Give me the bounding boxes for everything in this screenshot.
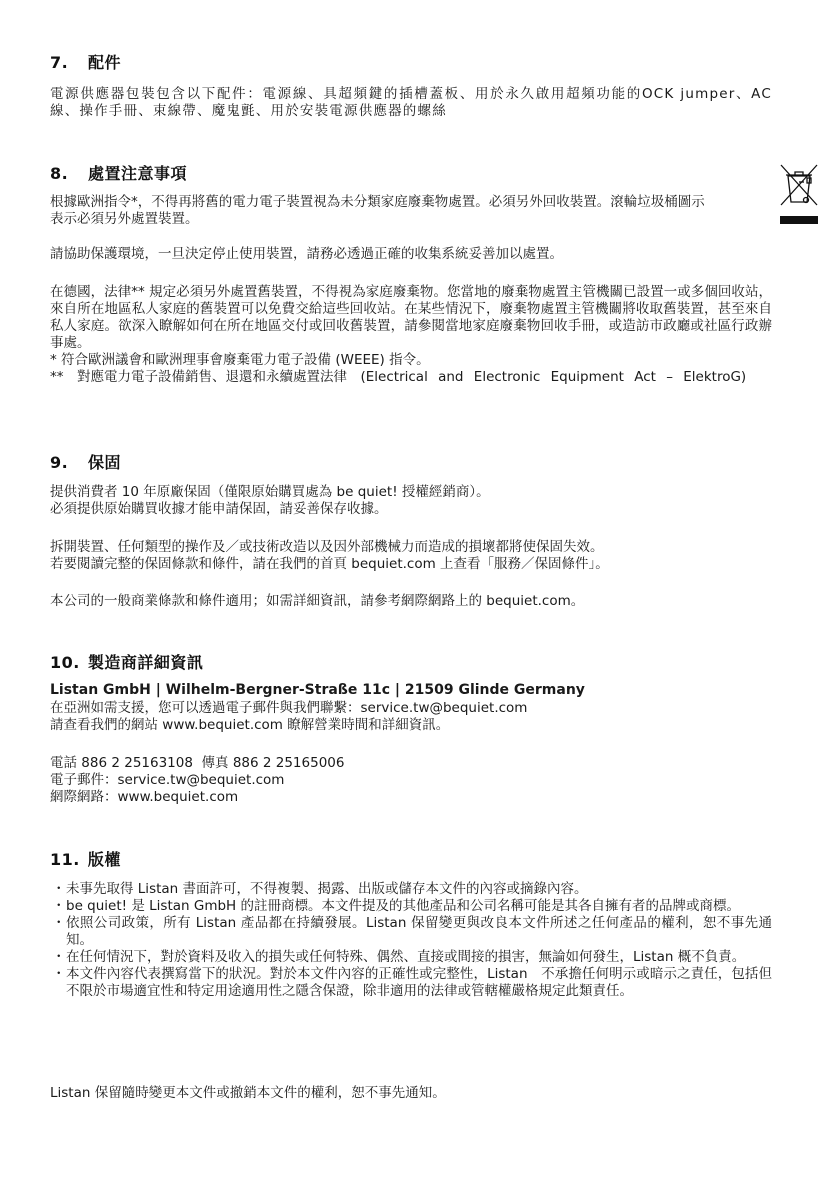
bullet-icon: ・	[52, 915, 66, 932]
warranty-para-1-line-1: 提供消費者 10 年原廠保固（僅限原始購買處為 be quiet! 授權經銷商）…	[50, 484, 772, 501]
bullet-icon: ・	[52, 949, 66, 966]
section-heading-manufacturer: 10.製造商詳細資訊	[50, 650, 203, 673]
section-heading-disposal: 8.處置注意事項	[50, 161, 187, 184]
section-number: 7.	[50, 53, 88, 72]
weee-crossed-bin-icon	[778, 162, 820, 226]
section-title: 處置注意事項	[88, 164, 187, 183]
section-title: 配件	[88, 53, 121, 72]
disposal-para-3: 在德國，法律** 規定必須另外處置舊裝置，不得視為家庭廢棄物。您當地的廢棄物處置…	[50, 284, 772, 352]
manufacturer-phone-fax: 電話 886 2 25163108 傳真 886 2 25165006	[50, 755, 772, 772]
copyright-item-text: 本文件內容代表撰寫當下的狀況。對於本文件內容的正確性或完整性，Listan 不承…	[66, 966, 772, 999]
warranty-para-1-line-2: 必須提供原始購買收據才能申請保固，請妥善保存收據。	[50, 501, 772, 518]
copyright-item: ・be quiet! 是 Listan GmbH 的註冊商標。本文件提及的其他產…	[50, 898, 772, 915]
manufacturer-address: Listan GmbH | Wilhelm-Bergner-Straße 11c…	[50, 682, 772, 699]
warranty-para-3: 本公司的一般商業條款和條件適用；如需詳細資訊，請參考網際網路上的 bequiet…	[50, 593, 772, 610]
copyright-item-text: 在任何情況下，對於資料及收入的損失或任何特殊、偶然、直接或間接的損害，無論如何發…	[66, 949, 745, 965]
section-number: 10.	[50, 653, 80, 672]
section-number: 11.	[50, 850, 80, 869]
copyright-list: ・未事先取得 Listan 書面許可，不得複製、揭露、出版或儲存本文件的內容或摘…	[50, 881, 772, 1000]
copyright-item: ・未事先取得 Listan 書面許可，不得複製、揭露、出版或儲存本文件的內容或摘…	[50, 881, 772, 898]
copyright-item-text: be quiet! 是 Listan GmbH 的註冊商標。本文件提及的其他產品…	[66, 898, 740, 914]
warranty-para-2-line-2: 若要閱讀完整的保固條款和條件，請在我們的首頁 bequiet.com 上查看「服…	[50, 556, 772, 573]
copyright-item-text: 未事先取得 Listan 書面許可，不得複製、揭露、出版或儲存本文件的內容或摘錄…	[66, 881, 588, 897]
copyright-item: ・本文件內容代表撰寫當下的狀況。對於本文件內容的正確性或完整性，Listan 不…	[50, 966, 772, 1000]
copyright-closing: Listan 保留隨時變更本文件或撤銷本文件的權利，恕不事先通知。	[50, 1085, 772, 1102]
copyright-item-text: 依照公司政策，所有 Listan 產品都在持續發展。Listan 保留變更與改良…	[66, 915, 772, 948]
disposal-para-2: 請協助保護環境，一旦決定停止使用裝置，請務必透過正確的收集系統妥善加以處置。	[50, 246, 772, 263]
accessories-body: 電源供應器包裝包含以下配件：電源線、具超頻鍵的插槽蓋板、用於永久啟用超頻功能的O…	[50, 86, 772, 120]
manufacturer-support-line: 在亞洲如需支援，您可以透過電子郵件與我們聯繫：service.tw@bequie…	[50, 700, 772, 717]
bullet-icon: ・	[52, 881, 66, 898]
disposal-footnote-2: ** 對應電力電子設備銷售、退還和永續處置法律 (Electrical and …	[50, 369, 772, 386]
section-title: 製造商詳細資訊	[88, 653, 204, 672]
warranty-para-2-line-1: 拆開裝置、任何類型的操作及／或技術改造以及因外部機械力而造成的損壞都將使保固失效…	[50, 539, 772, 556]
section-heading-accessories: 7.配件	[50, 50, 121, 73]
section-title: 保固	[88, 453, 121, 472]
copyright-item: ・在任何情況下，對於資料及收入的損失或任何特殊、偶然、直接或間接的損害，無論如何…	[50, 949, 772, 966]
bullet-icon: ・	[52, 966, 66, 983]
manufacturer-website-line: 請查看我們的網站 www.bequiet.com 瞭解營業時間和詳細資訊。	[50, 717, 772, 734]
manufacturer-web: 網際網路：www.bequiet.com	[50, 789, 772, 806]
bullet-icon: ・	[52, 898, 66, 915]
copyright-item: ・依照公司政策，所有 Listan 產品都在持續發展。Listan 保留變更與改…	[50, 915, 772, 949]
disposal-para-1: 根據歐洲指令*，不得再將舊的電力電子裝置視為未分類家庭廢棄物處置。必須另外回收裝…	[50, 194, 714, 228]
manufacturer-email: 電子郵件：service.tw@bequiet.com	[50, 772, 772, 789]
disposal-footnote-1: * 符合歐洲議會和歐洲理事會廢棄電力電子設備 (WEEE) 指令。	[50, 352, 772, 369]
section-title: 版權	[88, 850, 121, 869]
section-heading-warranty: 9.保固	[50, 450, 121, 473]
section-heading-copyright: 11.版權	[50, 847, 121, 870]
section-number: 9.	[50, 453, 88, 472]
section-number: 8.	[50, 164, 88, 183]
